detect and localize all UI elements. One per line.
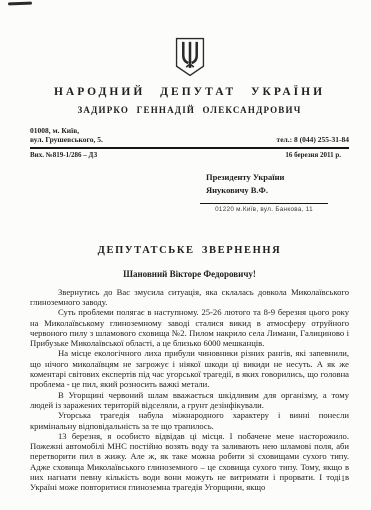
addressee-address: 01220 м.Київ, вул. Банкова, 11 xyxy=(200,205,328,214)
sender-phone: тел.: 8 (044) 255-31-84 xyxy=(277,135,349,144)
addressee-name: Януковичу В.Ф. xyxy=(206,184,328,197)
sender-address-line2: вул. Грушевського, 5. xyxy=(30,135,103,144)
paragraph-5: Угорська трагедія набула міжнародного ха… xyxy=(30,410,349,431)
paragraph-4: В Угорщині червоний шлам вважається шкід… xyxy=(30,390,349,411)
deputy-header-title: НАРОДНИЙ ДЕПУТАТ УКРАЇНИ xyxy=(30,86,349,98)
addressee-title: Президенту України xyxy=(206,171,328,184)
outgoing-ref-number: Вих. №819-1/286 – ДЗ xyxy=(30,151,97,159)
meta-row: Вих. №819-1/286 – ДЗ 16 березня 2011 р. xyxy=(30,151,349,159)
ukraine-coat-of-arms-icon xyxy=(173,36,207,78)
paragraph-3: На місце екологічного лиха прибули чинов… xyxy=(30,348,349,389)
letter-page: НАРОДНИЙ ДЕПУТАТ УКРАЇНИ ЗАДИРКО ГЕННАДІ… xyxy=(0,0,371,510)
document-title: ДЕПУТАТСЬКЕ ЗВЕРНЕННЯ xyxy=(30,245,349,256)
paragraph-6: 13 березня, я особисто відвідав ці місця… xyxy=(30,431,349,493)
sender-address: 01008, м. Київ, вул. Грушевського, 5. xyxy=(30,126,103,145)
addressee-underline xyxy=(200,203,328,204)
body-paragraphs: Звернутись до Вас змусила ситуація, яка … xyxy=(30,287,349,493)
page-number: 1 xyxy=(341,474,345,483)
sender-address-line1: 01008, м. Київ, xyxy=(30,126,103,135)
letter-date: 16 березня 2011 р. xyxy=(285,151,341,159)
scan-artifact-mark xyxy=(8,2,32,6)
paragraph-2: Суть проблеми полягає в наступному. 25-2… xyxy=(30,307,349,348)
deputy-name: ЗАДИРКО ГЕННАДІЙ ОЛЕКСАНДРОВИЧ xyxy=(30,105,349,115)
addressee-block: Президенту України Януковичу В.Ф. 01220 … xyxy=(200,171,328,215)
header-divider xyxy=(30,147,349,149)
salutation: Шановний Вікторе Федоровичу! xyxy=(30,269,349,279)
paragraph-1: Звернутись до Вас змусила ситуація, яка … xyxy=(30,287,349,308)
contact-row: 01008, м. Київ, вул. Грушевського, 5. те… xyxy=(30,126,349,145)
